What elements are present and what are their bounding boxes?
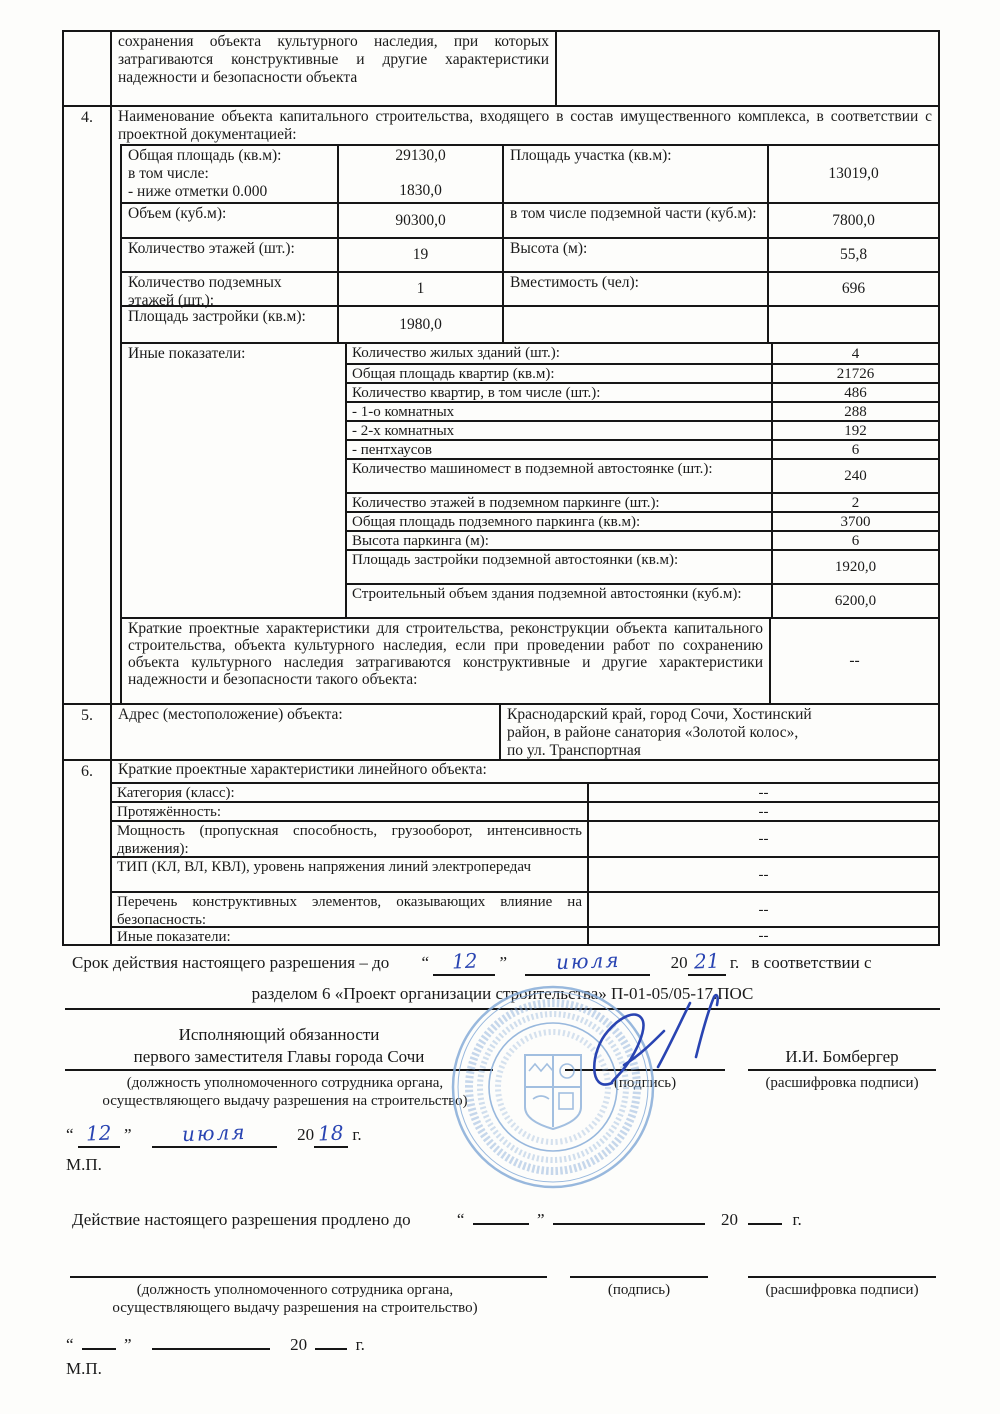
sign-caption: (подпись): [565, 1074, 725, 1092]
row6-content: Краткие проектные характеристики линейно…: [112, 761, 938, 944]
role-caption-line1: (должность уполномоченного сотрудника ор…: [85, 1074, 485, 1092]
stamp-place-label: М.П.: [66, 1358, 102, 1380]
extension-date-line: “ ” 20 г.: [66, 1330, 365, 1356]
row4-content: Наименование объекта капитального строит…: [112, 107, 938, 703]
brief-characteristics-label: Краткие проектные характеристики для стр…: [122, 619, 769, 703]
metrics-row: Объем (куб.м): 90300,0 в том числе подзе…: [122, 202, 938, 237]
indicator-row: Количество этажей в подземном паркинге (…: [347, 492, 938, 511]
below-zero-area-value: 1830,0: [399, 182, 442, 200]
empty-cell: [767, 307, 938, 342]
handwritten-year: 21: [693, 950, 719, 973]
indicator-value: 2: [771, 494, 938, 511]
blank-line: [315, 1330, 347, 1350]
metrics-row: Площадь застройки (кв.м): 1980,0: [122, 305, 938, 342]
brief-characteristics-row: Краткие проектные характеристики для стр…: [122, 617, 938, 703]
linear-row: Иные показатели: --: [112, 926, 938, 944]
heritage-note-cell: сохранения объекта культурного наследия,…: [112, 32, 555, 105]
indicator-value: 6: [771, 441, 938, 458]
signer-name: И.И. Бомбергер: [748, 1046, 936, 1068]
total-area-value: 29130,0: [395, 147, 445, 165]
blank-line: [473, 1205, 529, 1225]
row-number-cell: 4.: [64, 107, 112, 703]
indicator-label: - 2-х комнатных: [347, 422, 771, 439]
indicator-value: 288: [771, 403, 938, 420]
validity-basis-line: разделом 6 «Проект организации строитель…: [65, 983, 940, 1010]
open-quote: “: [66, 1125, 74, 1144]
indicator-value: 1920,0: [771, 551, 938, 583]
row6-header: Краткие проектные характеристики линейно…: [112, 761, 938, 782]
capacity-value: 696: [767, 273, 938, 305]
indicator-label: Строительный объем здания подземной авто…: [347, 585, 771, 617]
open-quote: “: [422, 953, 430, 972]
metric-label: Объем (куб.м):: [122, 204, 337, 237]
indicator-value: 486: [771, 384, 938, 401]
table-row: 6. Краткие проектные характеристики лине…: [64, 759, 938, 944]
indicator-label: Общая площадь подземного паркинга (кв.м)…: [347, 513, 771, 530]
role-caption-line2: осуществляющего выдачу разрешения на стр…: [95, 1299, 495, 1317]
footprint-value: 1980,0: [337, 307, 502, 342]
floors-value: 19: [337, 239, 502, 271]
stamp-place-label: М.П.: [66, 1154, 102, 1176]
validity-prefix: Срок действия настоящего разрешения – до: [72, 953, 389, 972]
indicator-value: 192: [771, 422, 938, 439]
plot-area-value: 13019,0: [767, 146, 938, 202]
row4-header: Наименование объекта капитального строит…: [112, 107, 938, 144]
linear-row: Перечень конструктивных элементов, оказы…: [112, 891, 938, 926]
empty-cell: [555, 32, 938, 105]
metric-label: Высота (м):: [502, 239, 767, 271]
linear-value: --: [587, 822, 938, 856]
row-number-cell: 6.: [64, 761, 112, 944]
handwritten-month: июля: [555, 949, 620, 973]
indicator-row: - 1-о комнатных 288: [347, 401, 938, 420]
indicator-row: Высота паркинга (м): 6: [347, 530, 938, 549]
table-row: сохранения объекта культурного наследия,…: [64, 32, 938, 105]
other-indicators-row: Иные показатели: Количество жилых зданий…: [122, 342, 938, 617]
signer-title-block: Исполняющий обязанности первого заместит…: [65, 1024, 493, 1068]
row-number-cell: 5.: [64, 705, 112, 759]
year-suffix: г.: [793, 1210, 802, 1229]
indicator-row: Общая площадь подземного паркинга (кв.м)…: [347, 511, 938, 530]
sign-caption: (подпись): [554, 1281, 724, 1299]
handwritten-day: 12: [451, 950, 477, 973]
issue-date-line: “ 12 ” июля 2018 г.: [66, 1122, 362, 1148]
signature-line: [570, 1276, 708, 1278]
indicator-label: Общая площадь квартир (кв.м):: [347, 365, 771, 382]
metric-label: Вместимость (чел):: [502, 273, 767, 305]
linear-row: ТИП (КЛ, ВЛ, КВЛ), уровень напряжения ли…: [112, 856, 938, 891]
indicator-label: Количество жилых зданий (шт.):: [347, 344, 771, 363]
indicator-row: - пентхаусов 6: [347, 439, 938, 458]
handwritten-year: 18: [318, 1122, 344, 1145]
linear-label: ТИП (КЛ, ВЛ, КВЛ), уровень напряжения ли…: [112, 858, 587, 891]
linear-label: Иные показатели:: [112, 928, 587, 944]
metric-label: Общая площадь (кв.м): в том числе: - ниж…: [122, 146, 337, 202]
year-suffix: г.: [356, 1335, 365, 1354]
linear-value: --: [587, 803, 938, 820]
close-quote: ”: [124, 1125, 132, 1144]
indicator-label: Количество этажей в подземном паркинге (…: [347, 494, 771, 511]
indicator-row: Строительный объем здания подземной авто…: [347, 583, 938, 617]
linear-value: --: [587, 858, 938, 891]
role-caption-line2: осуществляющего выдачу разрешения на стр…: [85, 1092, 485, 1110]
address-label: Адрес (местоположение) объекта:: [112, 705, 499, 759]
permit-table: сохранения объекта культурного наследия,…: [62, 30, 940, 946]
linear-label: Протяжённость:: [112, 803, 587, 820]
indicator-label: Площадь застройки подземной автостоянки …: [347, 551, 771, 583]
indicator-value: 240: [771, 460, 938, 492]
open-quote: “: [457, 1210, 465, 1229]
year-suffix: г.: [730, 953, 739, 972]
indicator-row: - 2-х комнатных 192: [347, 420, 938, 439]
metric-label: Количество этажей (шт.):: [122, 239, 337, 271]
extension-text: Действие настоящего разрешения продлено …: [72, 1210, 411, 1229]
linear-label: Перечень конструктивных элементов, оказы…: [112, 893, 587, 926]
role-caption-line1: (должность уполномоченного сотрудника ор…: [95, 1281, 495, 1299]
indicator-value: 6: [771, 532, 938, 549]
signature-line: [565, 1069, 725, 1071]
metric-label: Площадь застройки (кв.м):: [122, 307, 337, 342]
indicator-value: 21726: [771, 365, 938, 382]
indicator-label: Количество машиномест в подземной автост…: [347, 460, 771, 492]
underground-volume-value: 7800,0: [767, 204, 938, 237]
indicator-label: - пентхаусов: [347, 441, 771, 458]
close-quote: ”: [500, 953, 508, 972]
linear-label: Категория (класс):: [112, 784, 587, 801]
close-quote: ”: [124, 1335, 132, 1354]
extension-line: Действие настоящего разрешения продлено …: [72, 1205, 940, 1231]
indicator-value: 4: [771, 344, 938, 363]
metric-label: Площадь участка (кв.м):: [502, 146, 767, 202]
empty-cell: [502, 307, 767, 342]
height-value: 55,8: [767, 239, 938, 271]
indicator-row: Количество квартир, в том числе (шт.): 4…: [347, 382, 938, 401]
validity-line: Срок действия настоящего разрешения – до…: [72, 950, 940, 976]
indicator-label: Высота паркинга (м):: [347, 532, 771, 549]
indicator-row: Количество машиномест в подземной автост…: [347, 458, 938, 492]
role-caption: (должность уполномоченного сотрудника ор…: [85, 1074, 485, 1110]
metric-label: в том числе подземной части (куб.м):: [502, 204, 767, 237]
signature-line: [70, 1276, 547, 1278]
linear-row: Мощность (пропускная способность, грузоо…: [112, 820, 938, 856]
linear-row: Категория (класс): --: [112, 782, 938, 801]
metrics-table: Общая площадь (кв.м): в том числе: - ниж…: [120, 144, 938, 703]
indicator-value: 6200,0: [771, 585, 938, 617]
name-caption: (расшифровка подписи): [728, 1281, 956, 1299]
signature-line: [65, 1069, 493, 1071]
row-number-cell: [64, 32, 112, 105]
indicator-label: Количество квартир, в том числе (шт.):: [347, 384, 771, 401]
metrics-row: Количество этажей (шт.): 19 Высота (м): …: [122, 237, 938, 271]
year-prefix: 20: [297, 1125, 314, 1144]
handwritten-month: июля: [182, 1121, 247, 1145]
linear-row: Протяжённость: --: [112, 801, 938, 820]
other-indicators-table: Количество жилых зданий (шт.): 4 Общая п…: [345, 344, 938, 617]
handwritten-day: 12: [86, 1122, 112, 1145]
indicator-row: Общая площадь квартир (кв.м): 21726: [347, 363, 938, 382]
name-caption: (расшифровка подписи): [728, 1074, 956, 1092]
indicator-row: Площадь застройки подземной автостоянки …: [347, 549, 938, 583]
table-row: 5. Адрес (местоположение) объекта: Красн…: [64, 703, 938, 759]
blank-line: [82, 1330, 116, 1350]
metrics-row: Количество подземных этажей (шт.): 1 Вме…: [122, 271, 938, 305]
underground-floors-value: 1: [337, 273, 502, 305]
linear-value: --: [587, 893, 938, 926]
other-indicators-label: Иные показатели:: [122, 344, 345, 617]
signer-title-line1: Исполняющий обязанности: [65, 1024, 493, 1046]
open-quote: “: [66, 1335, 74, 1354]
linear-value: --: [587, 928, 938, 944]
indicator-value: 3700: [771, 513, 938, 530]
year-prefix: 20: [290, 1335, 307, 1354]
linear-value: --: [587, 784, 938, 801]
volume-value: 90300,0: [337, 204, 502, 237]
signer-title-line2: первого заместителя Главы города Сочи: [65, 1046, 493, 1068]
validity-suffix: в соответствии с: [751, 953, 871, 972]
indicator-label: - 1-о комнатных: [347, 403, 771, 420]
metric-label: Количество подземных этажей (шт.):: [122, 273, 337, 305]
year-suffix: г.: [352, 1125, 361, 1144]
year-prefix: 20: [671, 953, 688, 972]
signature-line: [748, 1276, 936, 1278]
table-row: 4. Наименование объекта капитального стр…: [64, 105, 938, 703]
blank-line: [748, 1205, 782, 1225]
indicator-row: Количество жилых зданий (шт.): 4: [347, 344, 938, 363]
brief-characteristics-value: --: [769, 619, 938, 703]
close-quote: ”: [537, 1210, 545, 1229]
year-prefix: 20: [721, 1210, 738, 1229]
metric-value: 29130,0 1830,0: [337, 146, 502, 202]
metrics-row: Общая площадь (кв.м): в том числе: - ниж…: [122, 146, 938, 202]
role-caption: (должность уполномоченного сотрудника ор…: [95, 1281, 495, 1317]
blank-line: [553, 1205, 705, 1225]
blank-line: [152, 1330, 270, 1350]
address-value: Краснодарский край, город Сочи, Хостинск…: [499, 705, 938, 759]
document-page: сохранения объекта культурного наследия,…: [0, 0, 1000, 1414]
linear-label: Мощность (пропускная способность, грузоо…: [112, 822, 587, 856]
signature-line: [748, 1069, 936, 1071]
